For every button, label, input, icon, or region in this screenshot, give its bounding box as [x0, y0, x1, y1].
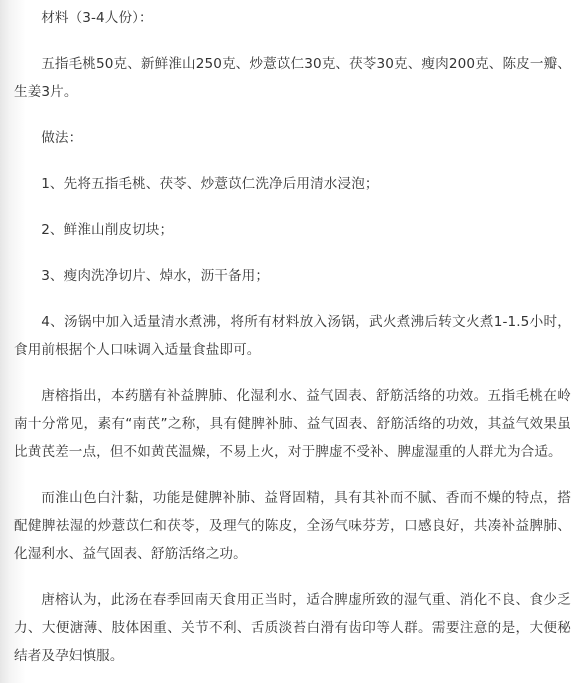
ingredients-heading: 材料（3-4人份）：: [14, 4, 571, 32]
method-step-2: 2、鲜淮山削皮切块；: [14, 216, 571, 244]
advice-paragraph: 唐榕认为，此汤在春季回南天食用正当时，适合脾虚所致的湿气重、消化不良、食少乏力、…: [14, 586, 571, 670]
method-step-1: 1、先将五指毛桃、茯苓、炒薏苡仁洗净后用清水浸泡；: [14, 170, 571, 198]
efficacy-paragraph: 唐榕指出，本药膳有补益脾肺、化湿利水、益气固表、舒筋活络的功效。五指毛桃在岭南十…: [14, 382, 571, 466]
method-step-4: 4、汤锅中加入适量清水煮沸，将所有材料放入汤锅，武火煮沸后转文火煮1-1.5小时…: [14, 308, 571, 364]
method-heading: 做法：: [14, 124, 571, 152]
article-body: 材料（3-4人份）： 五指毛桃50克、新鲜淮山250克、炒薏苡仁30克、茯苓30…: [0, 0, 583, 670]
yam-paragraph: 而淮山色白汁黏，功能是健脾补肺、益肾固精，具有其补而不腻、香而不燥的特点，搭配健…: [14, 484, 571, 568]
method-step-3: 3、瘦肉洗净切片、焯水，沥干备用；: [14, 262, 571, 290]
ingredients-list: 五指毛桃50克、新鲜淮山250克、炒薏苡仁30克、茯苓30克、瘦肉200克、陈皮…: [14, 50, 571, 106]
